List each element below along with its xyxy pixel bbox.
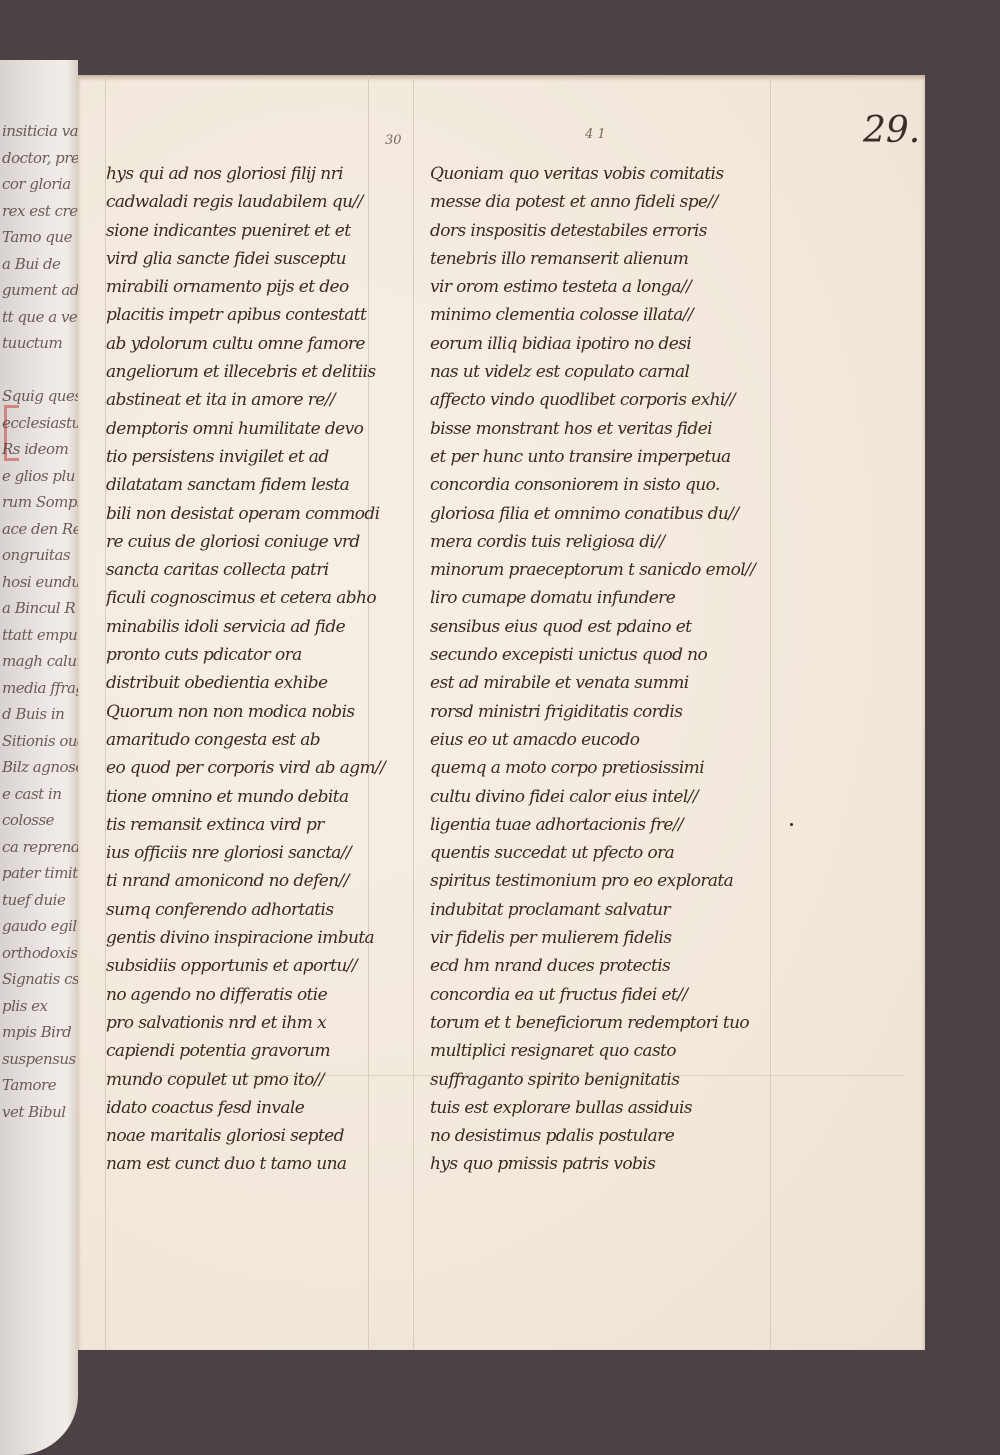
verso-line: rum Sompsa — [2, 493, 78, 511]
verso-line: Bilz agnosc — [2, 758, 78, 776]
verso-line: tt que a velu — [2, 308, 78, 326]
manuscript-line: vir orom estimo testeta a longa// — [430, 273, 770, 301]
manuscript-line: bisse monstrant hos et veritas fidei — [430, 415, 770, 443]
verso-line: Squig ques — [2, 387, 78, 405]
manuscript-line: concordia consoniorem in sisto quo. — [430, 471, 770, 499]
verso-line: colosse — [2, 811, 54, 829]
verso-line: media ffragl — [2, 679, 78, 697]
manuscript-line: dors inspositis detestabiles erroris — [430, 217, 770, 245]
manuscript-line: eorum illiq bidiaa ipotiro no desi — [430, 330, 770, 358]
manuscript-line: tio persistens invigilet et ad — [106, 443, 406, 471]
verso-line: Tamo que — [2, 228, 72, 246]
manuscript-line: gentis divino inspiracione imbuta — [106, 924, 406, 952]
manuscript-line: sumq conferendo adhortatis — [106, 896, 406, 924]
manuscript-line: affecto vindo quodlibet corporis exhi// — [430, 386, 770, 414]
manuscript-line: tione omnino et mundo debita — [106, 783, 406, 811]
manuscript-line: liro cumape domatu infundere — [430, 584, 770, 612]
manuscript-line: ligentia tuae adhortacionis fre// — [430, 811, 770, 839]
verso-line: tuef duie — [2, 891, 65, 909]
manuscript-recto-page: 29. 30 4 1 hys qui ad nos gloriosi filij… — [78, 75, 925, 1350]
verso-line: d Buis in — [2, 705, 64, 723]
manuscript-line: amaritudo congesta est ab — [106, 726, 406, 754]
manuscript-line: distribuit obedientia exhibe — [106, 669, 406, 697]
manuscript-line: minabilis idoli servicia ad fide — [106, 613, 406, 641]
verso-line: pater timit — [2, 864, 78, 882]
manuscript-line: cultu divino fidei calor eius intel// — [430, 783, 770, 811]
manuscript-line: secundo excepisti unictus quod no — [430, 641, 770, 669]
manuscript-line: cadwaladi regis laudabilem qu// — [106, 188, 406, 216]
manuscript-line: ficuli cognoscimus et cetera abho — [106, 584, 406, 612]
manuscript-line: mundo copulet ut pmo ito// — [106, 1066, 406, 1094]
text-column-right: Quoniam quo veritas vobis comitatismesse… — [430, 160, 770, 1179]
manuscript-line: placitis impetr apibus contestatt — [106, 301, 406, 329]
manuscript-line: messe dia potest et anno fideli spe// — [430, 188, 770, 216]
manuscript-line: re cuius de gloriosi coniuge vrd — [106, 528, 406, 556]
manuscript-line: ti nrand amonicond no defen// — [106, 867, 406, 895]
verso-line: gument ad — [2, 281, 78, 299]
manuscript-line: vir fidelis per mulierem fidelis — [430, 924, 770, 952]
manuscript-line: sancta caritas collecta patri — [106, 556, 406, 584]
manuscript-line: multiplici resignaret quo casto — [430, 1037, 770, 1065]
text-column-left: hys qui ad nos gloriosi filij nricadwala… — [106, 160, 406, 1179]
manuscript-line: et per hunc unto transire imperpetua — [430, 443, 770, 471]
manuscript-line: quentis succedat ut pfecto ora — [430, 839, 770, 867]
folio-number: 29. — [863, 110, 920, 151]
manuscript-line: demptoris omni humilitate devo — [106, 415, 406, 443]
verso-line: tuuctum — [2, 334, 62, 352]
manuscript-line: suffraganto spirito benignitatis — [430, 1066, 770, 1094]
manuscript-line: concordia ea ut fructus fidei et// — [430, 981, 770, 1009]
manuscript-line: hys quo pmissis patris vobis — [430, 1150, 770, 1178]
manuscript-line: ecd hm nrand duces protectis — [430, 952, 770, 980]
manuscript-line: pronto cuts pdicator ora — [106, 641, 406, 669]
manuscript-line: indubitat proclamant salvatur — [430, 896, 770, 924]
manuscript-line: noae maritalis gloriosi septed — [106, 1122, 406, 1150]
pencil-mark-left: 30 — [385, 133, 402, 148]
manuscript-line: vird glia sancte fidei susceptu — [106, 245, 406, 273]
verso-line: e cast in — [2, 785, 61, 803]
manuscript-line: no agendo no differatis otie — [106, 981, 406, 1009]
verso-line: ecclesiastuo — [2, 414, 78, 432]
verso-line: rex est crea — [2, 202, 78, 220]
manuscript-line: Quorum non non modica nobis — [106, 698, 406, 726]
manuscript-line: est ad mirabile et venata summi — [430, 669, 770, 697]
manuscript-line: eo quod per corporis vird ab agm// — [106, 754, 406, 782]
verso-line: ca reprendo — [2, 838, 78, 856]
manuscript-line: subsidiis opportunis et aportu// — [106, 952, 406, 980]
manuscript-line: ius officiis nre gloriosi sancta// — [106, 839, 406, 867]
ink-speck — [790, 823, 793, 826]
verso-line: a Bui de — [2, 255, 60, 273]
verso-line: hosi eunduo — [2, 573, 78, 591]
manuscript-line: bili non desistat operam commodi — [106, 500, 406, 528]
ruling-right-column-left — [413, 75, 414, 1350]
manuscript-line: nam est cunct duo t tamo una — [106, 1150, 406, 1178]
verso-line: ttatt empu — [2, 626, 77, 644]
manuscript-line: mirabili ornamento pijs et deo — [106, 273, 406, 301]
manuscript-line: eius eo ut amacdo eucodo — [430, 726, 770, 754]
verso-line: a Bincul R — [2, 599, 75, 617]
manuscript-line: minorum praeceptorum t sanicdo emol// — [430, 556, 770, 584]
verso-line: mpis Bird — [2, 1023, 71, 1041]
manuscript-line: no desistimus pdalis postulare — [430, 1122, 770, 1150]
verso-line: Signatis cst — [2, 970, 78, 988]
manuscript-line: tis remansit extinca vird pr — [106, 811, 406, 839]
verso-line: Rs ideom — [2, 440, 68, 458]
verso-line: e glios plu — [2, 467, 75, 485]
manuscript-line: nas ut videlz est copulato carnal — [430, 358, 770, 386]
manuscript-line: tenebris illo remanserit alienum — [430, 245, 770, 273]
manuscript-line: Quoniam quo veritas vobis comitatis — [430, 160, 770, 188]
verso-line: gaudo egil — [2, 917, 77, 935]
manuscript-line: sensibus eius quod est pdaino et — [430, 613, 770, 641]
verso-line: ongruitas — [2, 546, 70, 564]
manuscript-line: quemq a moto corpo pretiosissimi — [430, 754, 770, 782]
manuscript-line: ab ydolorum cultu omne famore — [106, 330, 406, 358]
manuscript-line: mera cordis tuis religiosa di// — [430, 528, 770, 556]
verso-line: insiticia vale — [2, 122, 78, 140]
manuscript-line: dilatatam sanctam fidem lesta — [106, 471, 406, 499]
verso-line: orthodoxis — [2, 944, 78, 962]
manuscript-line: tuis est explorare bullas assiduis — [430, 1094, 770, 1122]
manuscript-line: spiritus testimonium pro eo explorata — [430, 867, 770, 895]
verso-line: Tamore — [2, 1076, 56, 1094]
verso-line: suspensus — [2, 1050, 76, 1068]
verso-line: doctor, prec — [2, 149, 78, 167]
manuscript-line: rorsd ministri frigiditatis cordis — [430, 698, 770, 726]
manuscript-line: angeliorum et illecebris et delitiis — [106, 358, 406, 386]
verso-line: cor gloria — [2, 175, 71, 193]
manuscript-line: minimo clementia colosse illata// — [430, 301, 770, 329]
manuscript-line: torum et t beneficiorum redemptori tuo — [430, 1009, 770, 1037]
manuscript-line: pro salvationis nrd et ihm x — [106, 1009, 406, 1037]
manuscript-line: abstineat et ita in amore re// — [106, 386, 406, 414]
verso-line: ace den Relig — [2, 520, 78, 538]
manuscript-line: gloriosa filia et omnimo conatibus du// — [430, 500, 770, 528]
verso-line: magh calumt — [2, 652, 78, 670]
pencil-mark-right: 4 1 — [585, 127, 606, 142]
verso-page-edge: insiticia valedoctor, preccor gloriarex … — [0, 60, 78, 1455]
manuscript-line: capiendi potentia gravorum — [106, 1037, 406, 1065]
verso-line: Sitionis oud — [2, 732, 78, 750]
manuscript-line: idato coactus fesd invale — [106, 1094, 406, 1122]
manuscript-line: hys qui ad nos gloriosi filij nri — [106, 160, 406, 188]
ruling-right-outer — [770, 75, 771, 1350]
verso-line: plis ex — [2, 997, 48, 1015]
manuscript-line: sione indicantes pueniret et et — [106, 217, 406, 245]
verso-line: vet Bibul — [2, 1103, 66, 1121]
